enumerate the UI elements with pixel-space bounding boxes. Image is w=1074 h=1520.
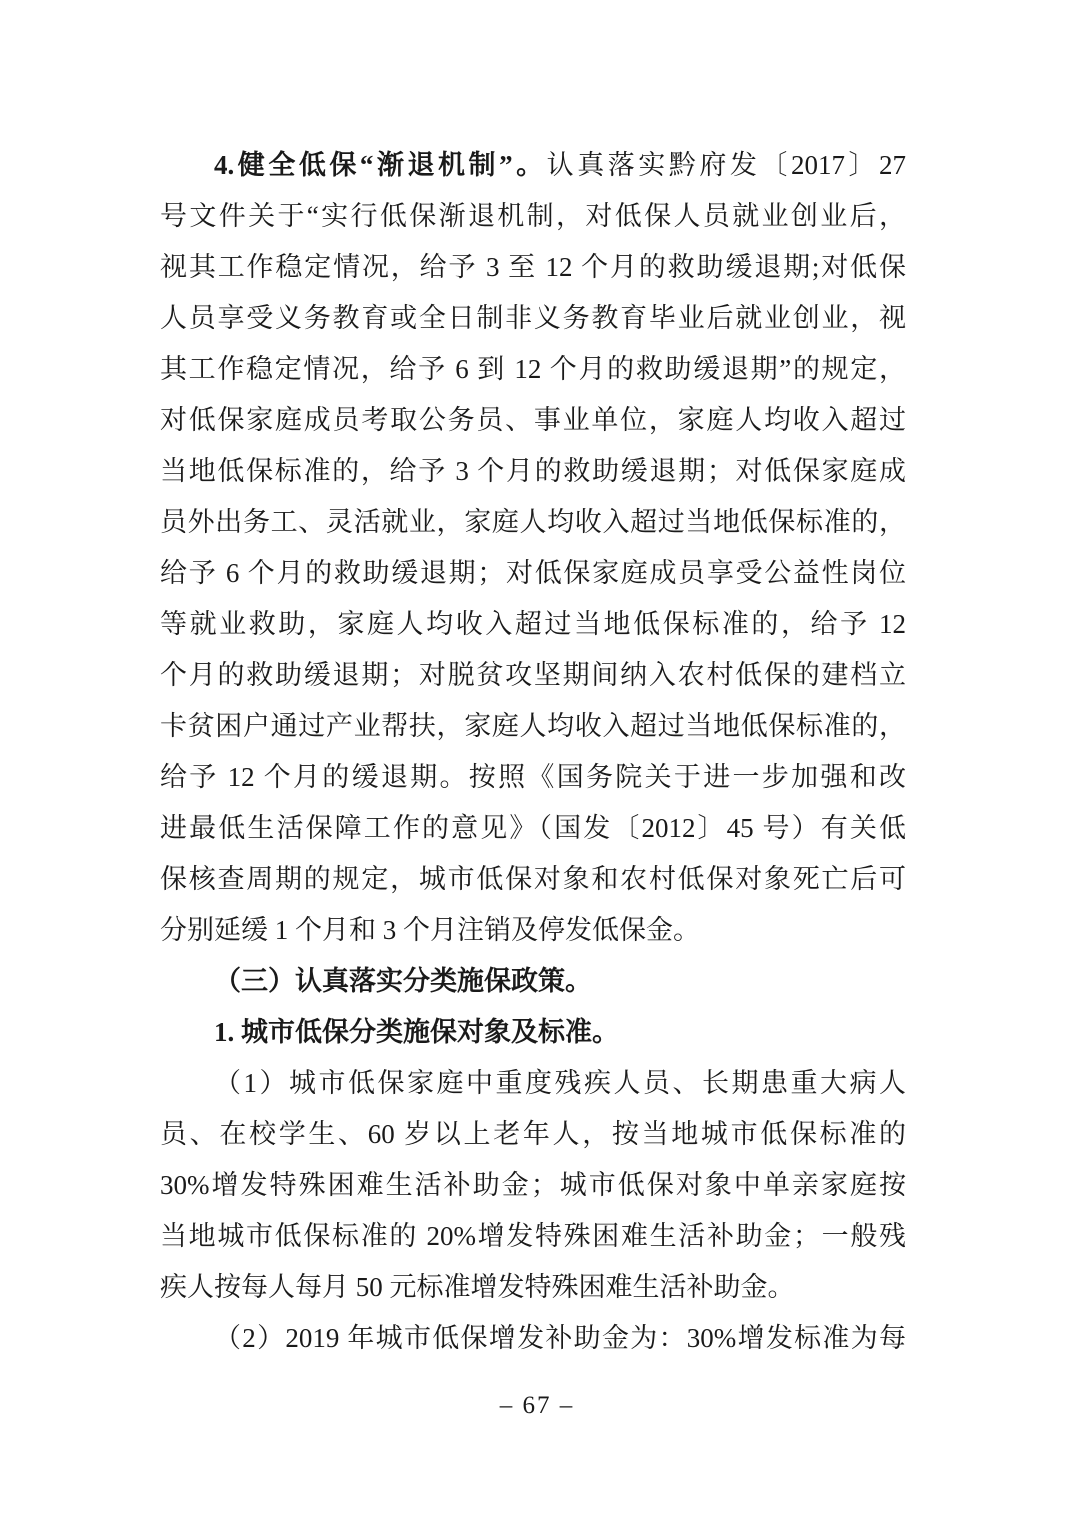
text-line: （2）2019 年城市低保增发补助金为：30%增发标准为每 — [160, 1313, 906, 1364]
item-4-heading-line: 4.健全低保“渐退机制”。认真落实黔府发〔2017〕27 — [160, 140, 906, 191]
text-line: （1）城市低保家庭中重度残疾人员、长期患重大病人 — [160, 1058, 906, 1109]
text-line: 其工作稳定情况，给予 6 到 12 个月的救助缓退期”的规定， — [160, 344, 906, 395]
text-line: 员外出务工、灵活就业，家庭人均收入超过当地低保标准的， — [160, 497, 906, 548]
text-line: 等就业救助，家庭人均收入超过当地低保标准的，给予 12 — [160, 599, 906, 650]
subsection-1-heading-line: 1. 城市低保分类施保对象及标准。 — [160, 1007, 906, 1058]
document-page: 4.健全低保“渐退机制”。认真落实黔府发〔2017〕27 号文件关于“实行低保渐… — [0, 0, 1074, 1520]
document-text-block: 4.健全低保“渐退机制”。认真落实黔府发〔2017〕27 号文件关于“实行低保渐… — [160, 140, 906, 1364]
text-line: 当地城市低保标准的 20%增发特殊困难生活补助金；一般残 — [160, 1211, 906, 1262]
section-3-heading-line: （三）认真落实分类施保政策。 — [160, 956, 906, 1007]
text-line: 疾人按每人每月 50 元标准增发特殊困难生活补助金。 — [160, 1262, 906, 1313]
text-line: 个月的救助缓退期；对脱贫攻坚期间纳入农村低保的建档立 — [160, 650, 906, 701]
text-line: 对低保家庭成员考取公务员、事业单位，家庭人均收入超过 — [160, 395, 906, 446]
text-line: 保核查周期的规定，城市低保对象和农村低保对象死亡后可 — [160, 854, 906, 905]
text-line: 号文件关于“实行低保渐退机制，对低保人员就业创业后， — [160, 191, 906, 242]
text-line: 当地低保标准的，给予 3 个月的救助缓退期；对低保家庭成 — [160, 446, 906, 497]
text-line: 卡贫困户通过产业帮扶，家庭人均收入超过当地低保标准的， — [160, 701, 906, 752]
text-line: 员、在校学生、60 岁以上老年人，按当地城市低保标准的 — [160, 1109, 906, 1160]
text-line: 30%增发特殊困难生活补助金；城市低保对象中单亲家庭按 — [160, 1160, 906, 1211]
text-line: 视其工作稳定情况，给予 3 至 12 个月的救助缓退期;对低保 — [160, 242, 906, 293]
text-line: 给予 6 个月的救助缓退期；对低保家庭成员享受公益性岗位 — [160, 548, 906, 599]
text-line: 进最低生活保障工作的意见》（国发〔2012〕45 号）有关低 — [160, 803, 906, 854]
text-line: 分别延缓 1 个月和 3 个月注销及停发低保金。 — [160, 905, 906, 956]
page-number: – 67 – — [0, 1392, 1074, 1420]
bold-run: 4.健全低保“渐退机制”。 — [214, 150, 547, 180]
text-line: 人员享受义务教育或全日制非义务教育毕业后就业创业，视 — [160, 293, 906, 344]
text-line: 给予 12 个月的缓退期。按照《国务院关于进一步加强和改 — [160, 752, 906, 803]
text-run: 认真落实黔府发〔2017〕27 — [547, 150, 906, 180]
